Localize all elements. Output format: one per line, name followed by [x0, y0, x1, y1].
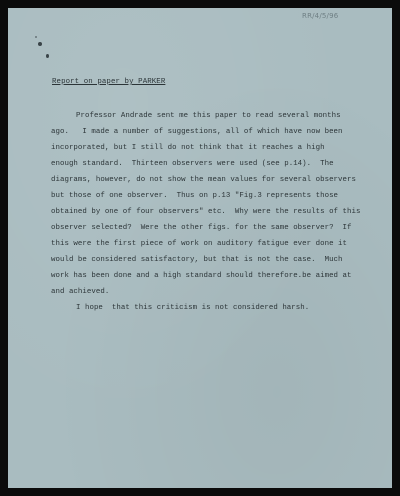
text-line: I hope that this criticism is not consid… [76, 303, 309, 313]
text-line: Professor Andrade sent me this paper to … [76, 111, 341, 121]
document-title: Report on paper by PARKER [52, 78, 165, 86]
text-line: and achieved. [51, 287, 109, 297]
text-line: ago. I made a number of suggestions, all… [51, 127, 343, 137]
text-line: this were the first piece of work on aud… [51, 239, 347, 249]
text-line: diagrams, however, do not show the mean … [51, 175, 356, 185]
text-line: would be considered satisfactory, but th… [51, 255, 343, 265]
text-line: enough standard. Thirteen observers were… [51, 159, 334, 169]
ink-blot [46, 54, 49, 58]
text-line: incorporated, but I still do not think t… [51, 143, 325, 153]
text-line: work has been done and a high standard s… [51, 271, 352, 281]
ink-blot [38, 42, 42, 46]
text-line: obtained by one of four observers" etc. … [51, 207, 360, 217]
reference-stamp: RR/4/5/96 [302, 12, 338, 20]
text-line: but those of one observer. Thus on p.13 … [51, 191, 338, 201]
ink-blot [35, 36, 37, 38]
text-line: observer selected? Were the other figs. … [51, 223, 352, 233]
